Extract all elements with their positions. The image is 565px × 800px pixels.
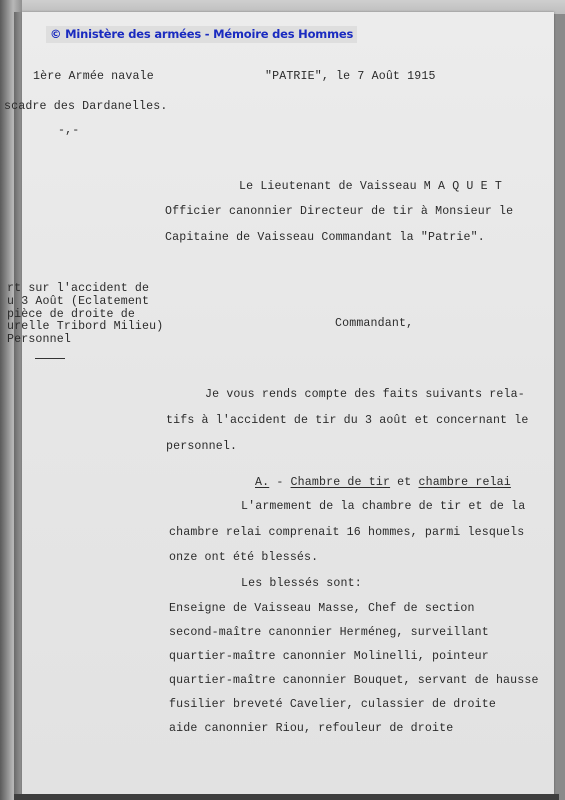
paragraph-line: chambre relai comprenait 16 hommes, parm… [169, 526, 524, 539]
wounded-item: aide canonnier Riou, refouleur de droite [169, 722, 453, 735]
sheet-bottom-edge [14, 794, 559, 800]
place-date: "PATRIE", le 7 Août 1915 [265, 70, 436, 83]
intro-line: personnel. [166, 440, 237, 453]
margin-subject-line: rt sur l'accident de [7, 282, 149, 295]
section-a-title-mid: et [390, 476, 418, 489]
margin-rule [35, 358, 65, 359]
wounded-item: Enseigne de Vaisseau Masse, Chef de sect… [169, 602, 475, 615]
copyright-watermark: © Ministère des armées - Mémoire des Hom… [46, 26, 357, 43]
wounded-item: quartier-maître canonnier Bouquet, serva… [169, 674, 539, 687]
intro-line: Je vous rends compte des faits suivants … [205, 388, 525, 401]
header-separator: -,- [58, 124, 79, 137]
sender-line: Le Lieutenant de Vaisseau M A Q U E T [239, 180, 502, 193]
section-a-separator: - [269, 476, 290, 489]
margin-subject-line: u 3 Août (Eclatement [7, 295, 149, 308]
section-a-prefix: A. [255, 476, 269, 489]
header-squadron: scadre des Dardanelles. [4, 100, 167, 113]
section-a-title-part1: Chambre de tir [291, 476, 391, 489]
wounded-intro: Les blessés sont: [241, 577, 362, 590]
recipient-line: Capitaine de Vaisseau Commandant la "Pat… [165, 231, 485, 244]
paragraph-line: L'armement de la chambre de tir et de la [241, 500, 525, 513]
margin-subject-line: urelle Tribord Milieu) [7, 320, 163, 333]
wounded-item: second-maître canonnier Herméneg, survei… [169, 626, 489, 639]
header-unit: 1ère Armée navale [33, 70, 154, 83]
paragraph-line: onze ont été blessés. [169, 551, 318, 564]
intro-line: tifs à l'accident de tir du 3 août et co… [166, 414, 528, 427]
salutation: Commandant, [335, 317, 413, 330]
sender-title-line: Officier canonnier Directeur de tir à Mo… [165, 205, 513, 218]
wounded-item: fusilier breveté Cavelier, culassier de … [169, 698, 496, 711]
margin-subject-line: Personnel [7, 333, 71, 346]
section-a-title-part2: chambre relai [419, 476, 511, 489]
section-a-heading: A. - Chambre de tir et chambre relai [255, 476, 511, 489]
wounded-item: quartier-maître canonnier Molinelli, poi… [169, 650, 489, 663]
